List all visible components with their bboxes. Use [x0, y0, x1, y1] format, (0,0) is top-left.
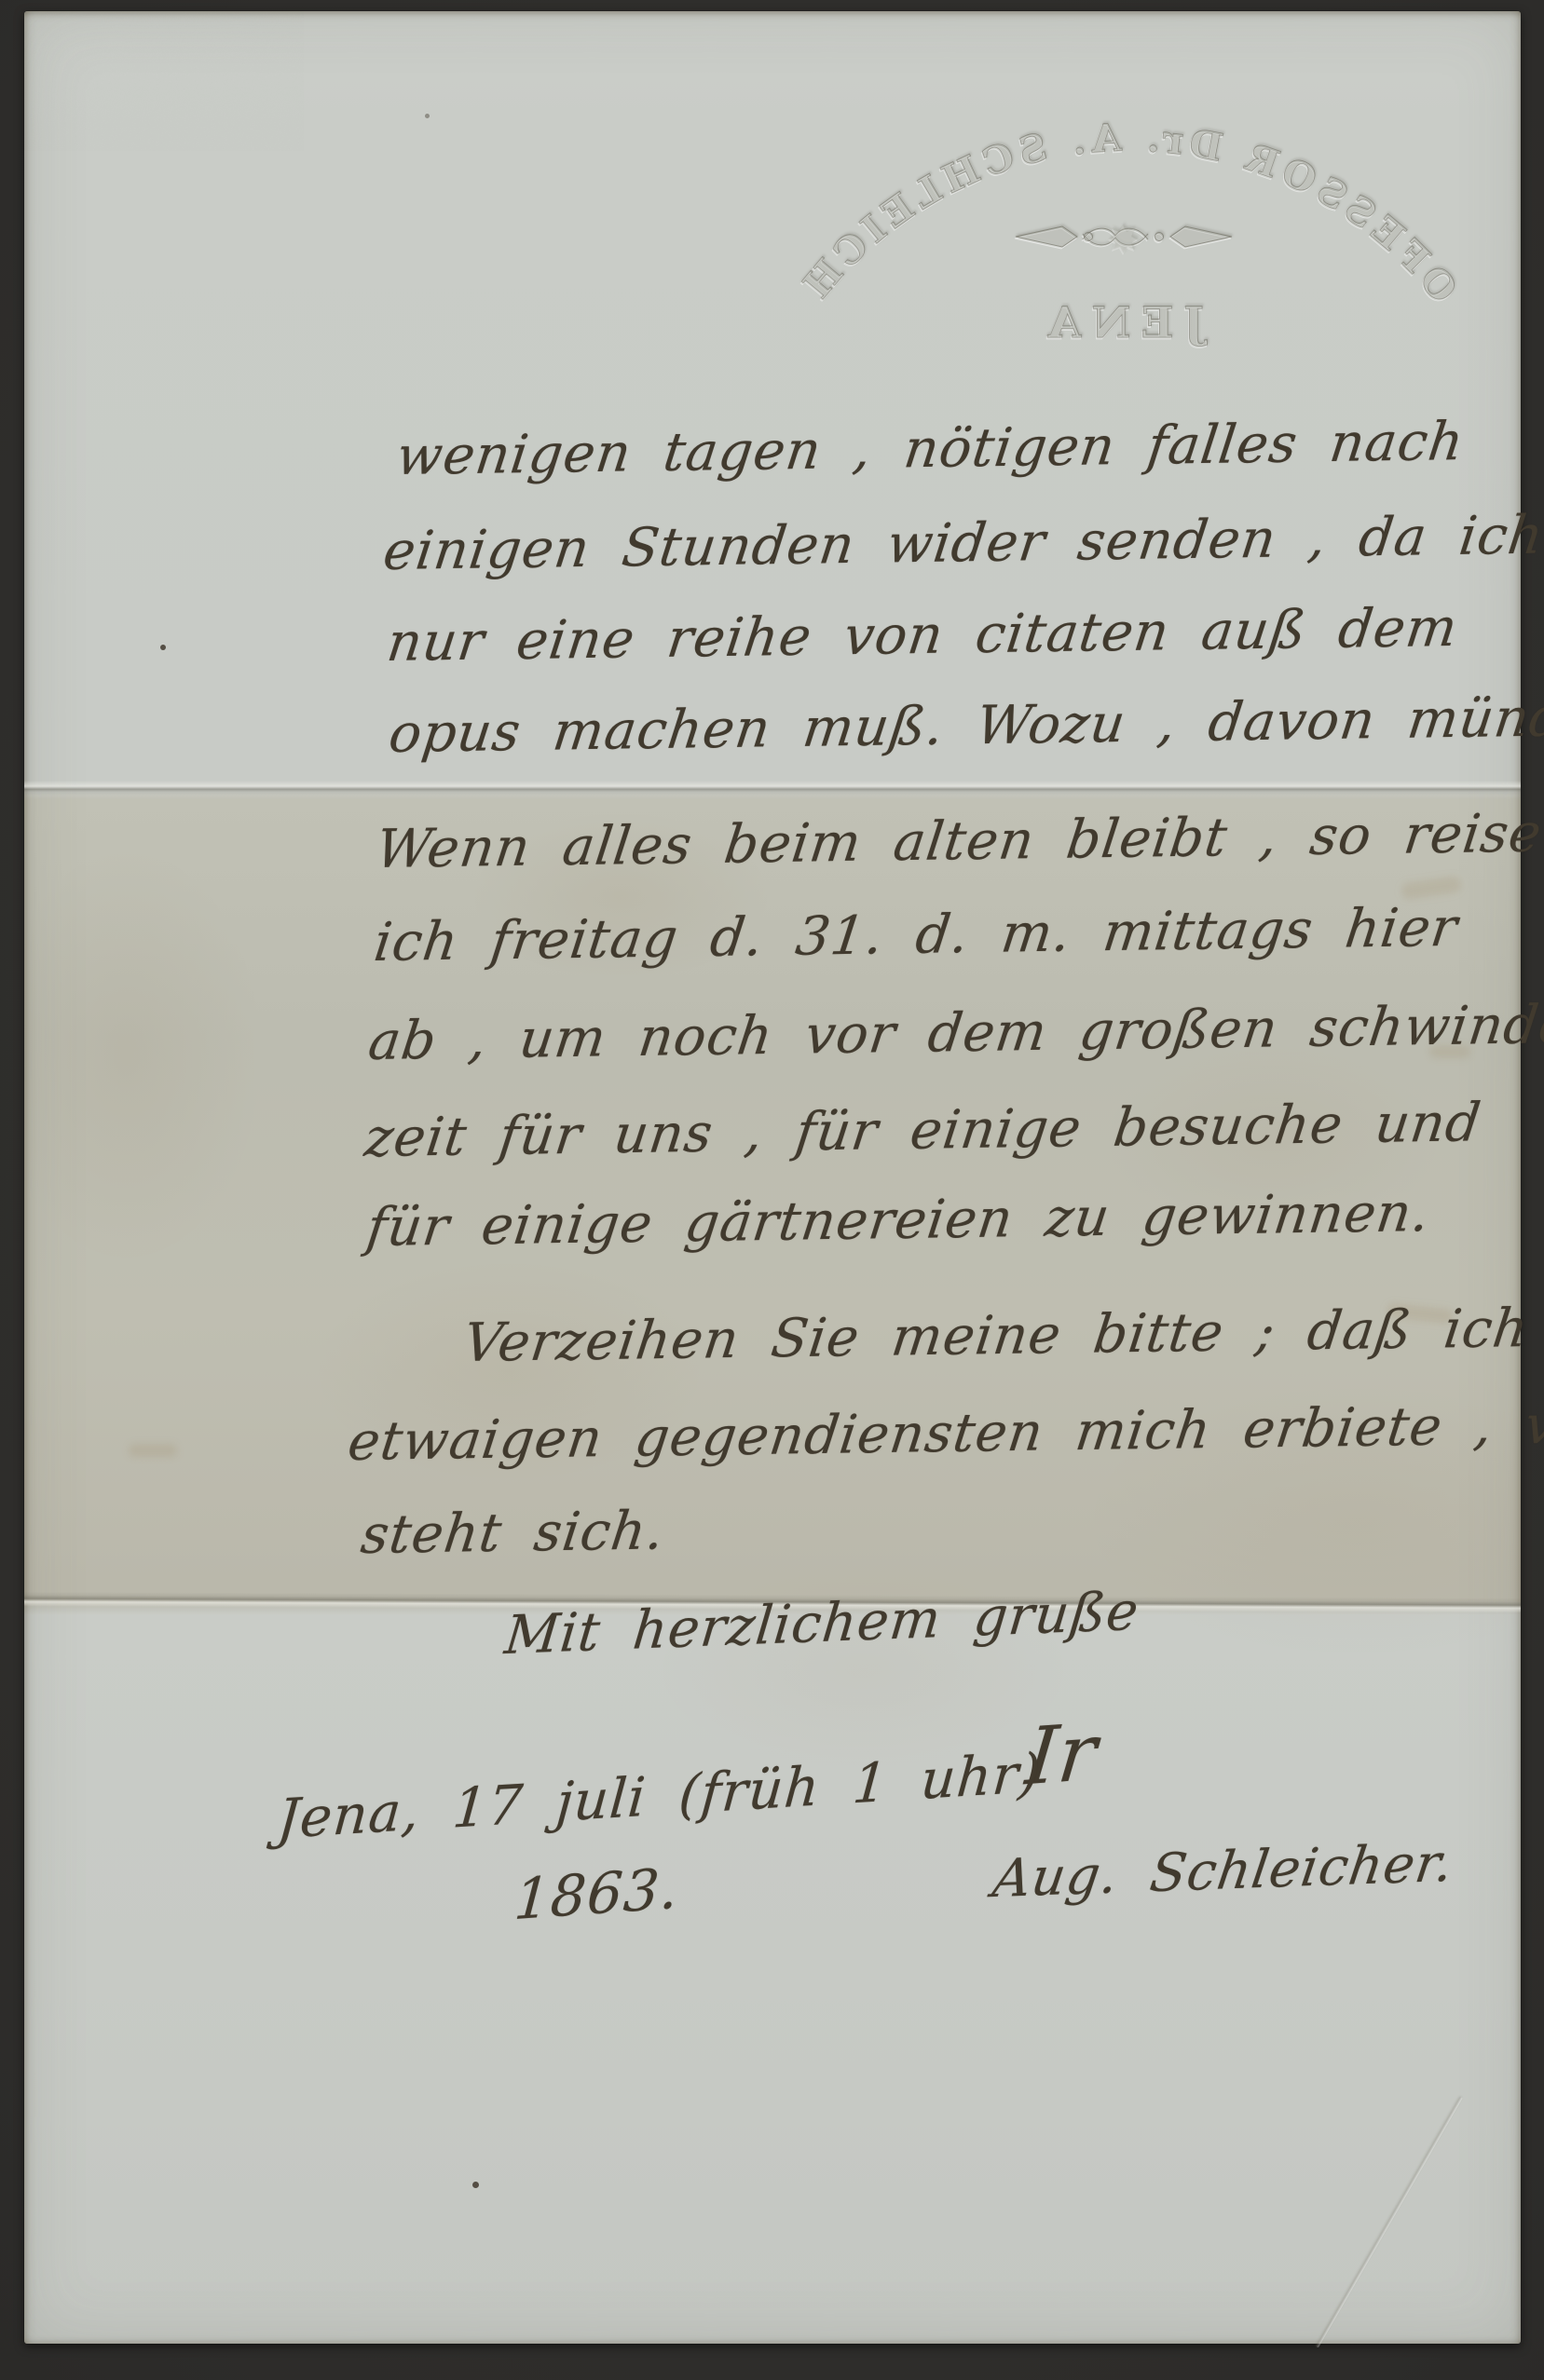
handwritten-line: zeit für uns , für einige besuche und [362, 1096, 1483, 1165]
letterhead-arc-text: PROFESSOR Dr. A. SCHLEICHER [798, 67, 1459, 311]
paper-speck [425, 114, 430, 118]
handwritten-line: für einige gärtnereien zu gewinnen. [363, 1187, 1432, 1255]
closing-line: Mit herzlichem gruße [502, 1585, 1141, 1663]
handwritten-line: ab , um noch vor dem großen schwindel [365, 999, 1544, 1068]
handwritten-line: Wenn alles beim alten bleibt , so reise [373, 807, 1544, 877]
letterhead-stamp-svg: PROFESSOR Dr. A. SCHLEICHER JENA [798, 67, 1459, 356]
fold-crease-top [24, 781, 1521, 796]
paper-speck [472, 2182, 479, 2188]
fleuron-ornament-icon [1016, 224, 1232, 253]
paper-grain-texture [24, 11, 304, 151]
ink-bleedthrough-mark [129, 1444, 177, 1457]
signature: Aug. Schleicher. [990, 1838, 1456, 1907]
embossed-letterhead: PROFESSOR Dr. A. SCHLEICHER JENA [798, 67, 1459, 356]
corner-crease [1316, 2097, 1463, 2348]
photograph-background: PROFESSOR Dr. A. SCHLEICHER JENA [0, 0, 1544, 2380]
handwritten-line: ich freitag d. 31. d. m. mittags hier [371, 902, 1460, 970]
handwritten-line: wenigen tagen , nötigen falles nach [393, 415, 1467, 483]
dateline-place: Jena, 17 juli (früh 1 uhr) [276, 1746, 1044, 1847]
paper-speck [160, 645, 166, 650]
handwritten-line: steht sich. [358, 1504, 667, 1562]
handwritten-line: opus machen muß. Wozu , davon mündl. [386, 691, 1544, 761]
handwritten-line: nur eine reihe von citaten auß dem [384, 602, 1460, 670]
handwritten-line: etwaigen gegendiensten mich erbiete , ve… [345, 1398, 1544, 1469]
handwritten-line: einigen Stunden wider senden , da ich [380, 510, 1544, 578]
handwritten-line: Verzeihen Sie meine bitte ; daß ich zu [460, 1301, 1544, 1371]
letter-page: PROFESSOR Dr. A. SCHLEICHER JENA [24, 11, 1521, 2344]
letterhead-city-text: JENA [1038, 297, 1209, 347]
dateline-year: 1863. [512, 1860, 681, 1928]
